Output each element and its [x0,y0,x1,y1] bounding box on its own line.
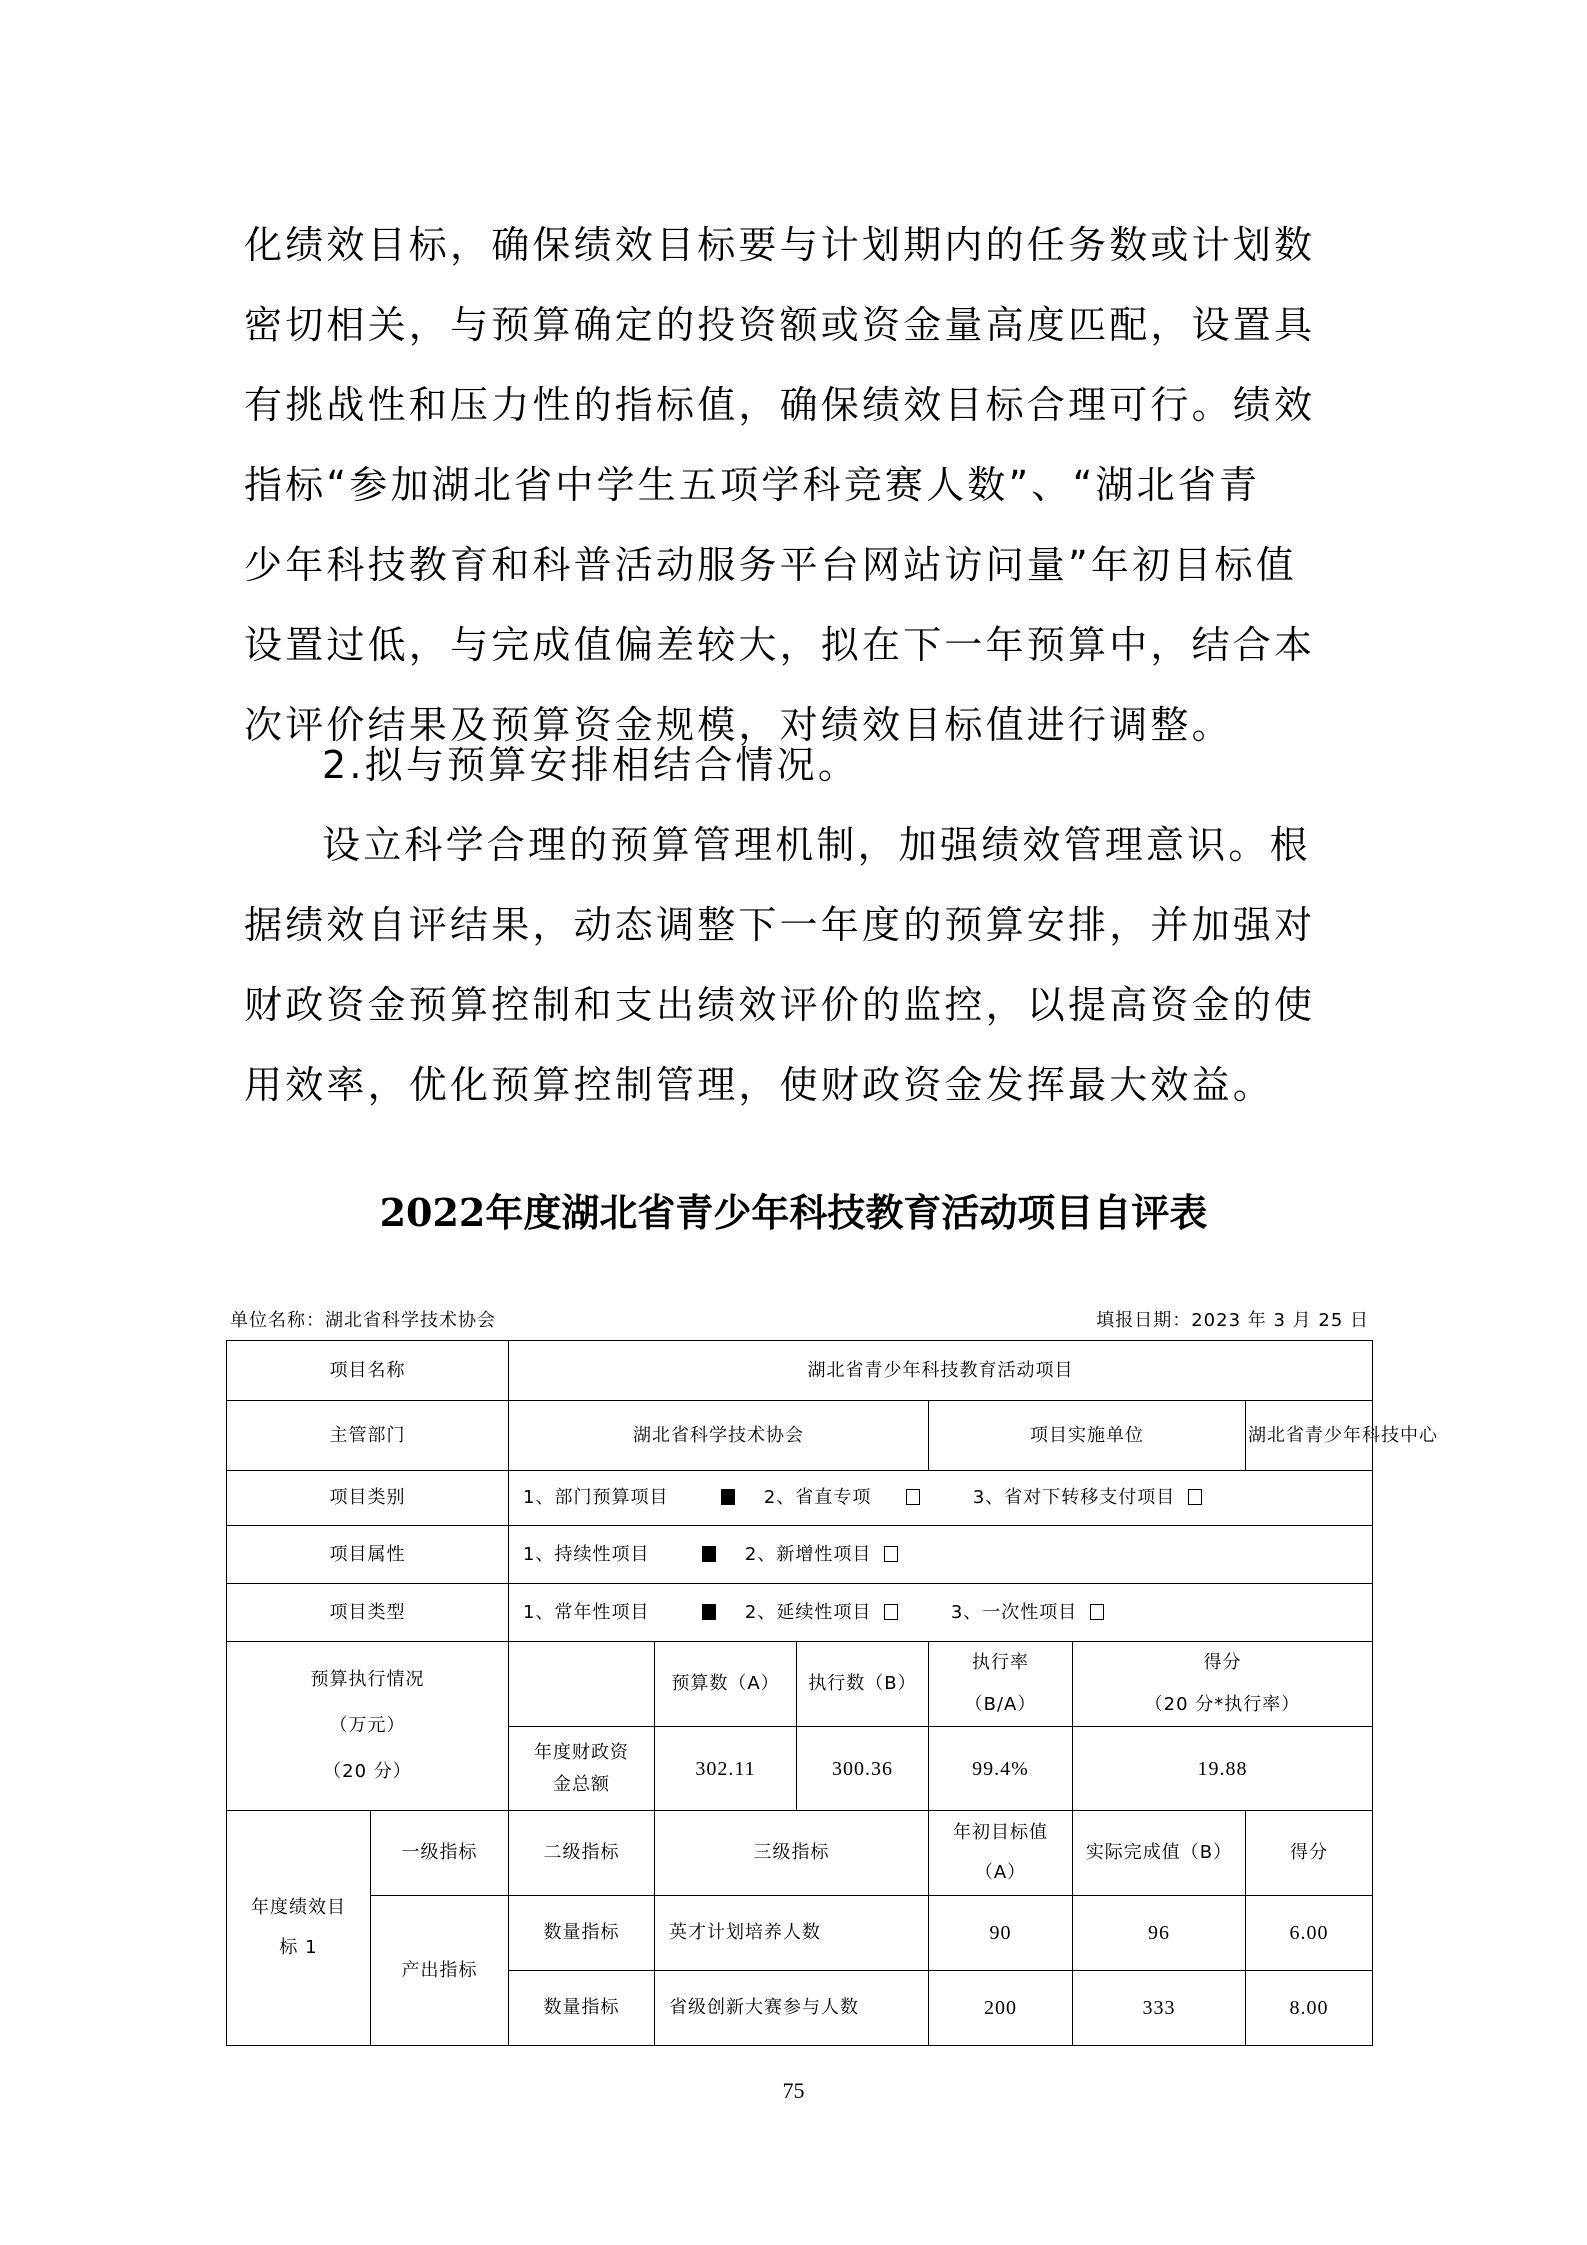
row-goals-header: 年度绩效目 标 1 一级指标 二级指标 三级指标 年初目标值 （A） 实际完成值… [227,1811,1373,1896]
text-line: 化绩效目标，确保绩效目标要与计划期内的任务数或计划数 [244,205,1354,285]
score-value: 6.00 [1246,1896,1373,1971]
paragraph-2: 2.拟与预算安排相结合情况。 设立科学合理的预算管理机制，加强绩效管理意识。根 … [244,725,1354,1125]
checked-box-icon [721,1489,735,1505]
row-budget-header: 预算执行情况 （万元） （20 分） 预算数（A） 执行数（B） 执行率 （B/… [227,1642,1373,1727]
option-label: 2、延续性项目 [745,1602,871,1623]
hdr-score: 得分 [1246,1811,1373,1896]
attribute-options: 1、持续性项目 2、新增性项目 [509,1526,1373,1584]
dept-label: 主管部门 [227,1401,509,1471]
score-value: 8.00 [1246,1971,1373,2046]
row-category: 项目类别 1、部门预算项目 2、省直专项 3、省对下转移支付项目 [227,1471,1373,1526]
impl-unit-value: 湖北省青少年科技中心 [1246,1401,1373,1471]
budget-value: 302.11 [655,1727,797,1811]
col-budget-header: 预算数（A） [655,1642,797,1727]
row-project-name: 项目名称 湖北省青少年科技教育活动项目 [227,1341,1373,1401]
header-line: 执行率 [935,1647,1066,1679]
hdr-level1: 一级指标 [371,1811,509,1896]
col-rate-header: 执行率 （B/A） [929,1642,1073,1727]
type-label: 项目类型 [227,1584,509,1642]
checked-box-icon [702,1546,716,1562]
row-department: 主管部门 湖北省科学技术协会 项目实施单位 湖北省青少年科技中心 [227,1401,1373,1471]
col-score-header: 得分 （20 分*执行率） [1073,1642,1373,1727]
header-line: 得分 [1079,1647,1366,1679]
option-label: 2、省直专项 [764,1487,871,1508]
option-label: 1、部门预算项目 [523,1487,668,1508]
hdr-target: 年初目标值 （A） [929,1811,1073,1896]
type-options: 1、常年性项目 2、延续性项目 3、一次性项目 [509,1584,1373,1642]
option-label: 3、省对下转移支付项目 [973,1487,1175,1508]
actual-value: 96 [1073,1896,1246,1971]
budget-empty-header [509,1642,655,1727]
hdr-level2: 二级指标 [509,1811,655,1896]
unchecked-box-icon [1188,1489,1202,1505]
dept-value: 湖北省科学技术协会 [509,1401,929,1471]
level2: 数量指标 [509,1896,655,1971]
target-value: 200 [929,1971,1073,2046]
text-line: 有挑战性和压力性的指标值，确保绩效目标合理可行。绩效 [244,365,1354,445]
level3: 省级创新大赛参与人数 [655,1971,929,2046]
budget-label-line: （万元） [233,1710,502,1742]
unchecked-box-icon [1090,1604,1104,1620]
text-line: 设立科学合理的预算管理机制，加强绩效管理意识。根 [244,805,1354,885]
report-date: 填报日期：2023 年 3 月 25 日 [1096,1306,1369,1332]
level2: 数量指标 [509,1971,655,2046]
text-line: 用效率，优化预算控制管理，使财政资金发挥最大效益。 [244,1045,1354,1125]
impl-unit-label: 项目实施单位 [929,1401,1246,1471]
section-heading: 2.拟与预算安排相结合情况。 [244,725,1354,805]
hdr-actual: 实际完成值（B） [1073,1811,1246,1896]
col-exec-header: 执行数（B） [797,1642,929,1727]
row-label-line: 年度财政资 [515,1737,648,1769]
option-label: 1、持续性项目 [523,1544,649,1565]
hdr-level3: 三级指标 [655,1811,929,1896]
row-type: 项目类型 1、常年性项目 2、延续性项目 3、一次性项目 [227,1584,1373,1642]
target-value: 90 [929,1896,1073,1971]
budget-label: 预算执行情况 （万元） （20 分） [227,1642,509,1811]
option-label: 1、常年性项目 [523,1602,649,1623]
unchecked-box-icon [906,1489,920,1505]
actual-value: 333 [1073,1971,1246,2046]
goal-label-line: 标 1 [233,1932,364,1964]
budget-label-line: 预算执行情况 [233,1664,502,1696]
option-label: 3、一次性项目 [951,1602,1077,1623]
header-line: （20 分*执行率） [1079,1689,1366,1721]
checked-box-icon [702,1604,716,1620]
row-label-line: 金总额 [515,1769,648,1801]
score-value: 19.88 [1073,1727,1373,1811]
text-line: 财政资金预算控制和支出绩效评价的监控，以提高资金的使 [244,965,1354,1045]
goal-label: 年度绩效目 标 1 [227,1811,371,2046]
goal-row: 产出指标 数量指标 英才计划培养人数 90 96 6.00 [227,1896,1373,1971]
table-title: 2022年度湖北省青少年科技教育活动项目自评表 [0,1182,1587,1237]
attribute-label: 项目属性 [227,1526,509,1584]
self-evaluation-table: 项目名称 湖北省青少年科技教育活动项目 主管部门 湖北省科学技术协会 项目实施单… [226,1340,1373,2046]
budget-row-label: 年度财政资 金总额 [509,1727,655,1811]
unchecked-box-icon [884,1546,898,1562]
category-options: 1、部门预算项目 2、省直专项 3、省对下转移支付项目 [509,1471,1373,1526]
header-line: 年初目标值 [935,1817,1066,1849]
text-line: 据绩效自评结果，动态调整下一年度的预算安排，并加强对 [244,885,1354,965]
level3: 英才计划培养人数 [655,1896,929,1971]
text-line: 指标“参加湖北省中学生五项学科竞赛人数”、“湖北省青 [244,445,1354,525]
header-line: （B/A） [935,1689,1066,1721]
project-name-label: 项目名称 [227,1341,509,1401]
option-label: 2、新增性项目 [745,1544,871,1565]
level1-output: 产出指标 [371,1896,509,2046]
page-number: 75 [0,2078,1587,2104]
budget-label-line: （20 分） [233,1756,502,1788]
header-line: （A） [935,1857,1066,1889]
exec-value: 300.36 [797,1727,929,1811]
text-line: 密切相关，与预算确定的投资额或资金量高度匹配，设置具 [244,285,1354,365]
unit-name: 单位名称：湖北省科学技术协会 [230,1306,496,1332]
text-line: 少年科技教育和科普活动服务平台网站访问量”年初目标值 [244,525,1354,605]
text-line: 设置过低，与完成值偏差较大，拟在下一年预算中，结合本 [244,605,1354,685]
row-attribute: 项目属性 1、持续性项目 2、新增性项目 [227,1526,1373,1584]
project-name-value: 湖北省青少年科技教育活动项目 [509,1341,1373,1401]
rate-value: 99.4% [929,1727,1073,1811]
paragraph-1: 化绩效目标，确保绩效目标要与计划期内的任务数或计划数 密切相关，与预算确定的投资… [244,205,1354,765]
category-label: 项目类别 [227,1471,509,1526]
unchecked-box-icon [884,1604,898,1620]
goal-label-line: 年度绩效目 [233,1892,364,1924]
